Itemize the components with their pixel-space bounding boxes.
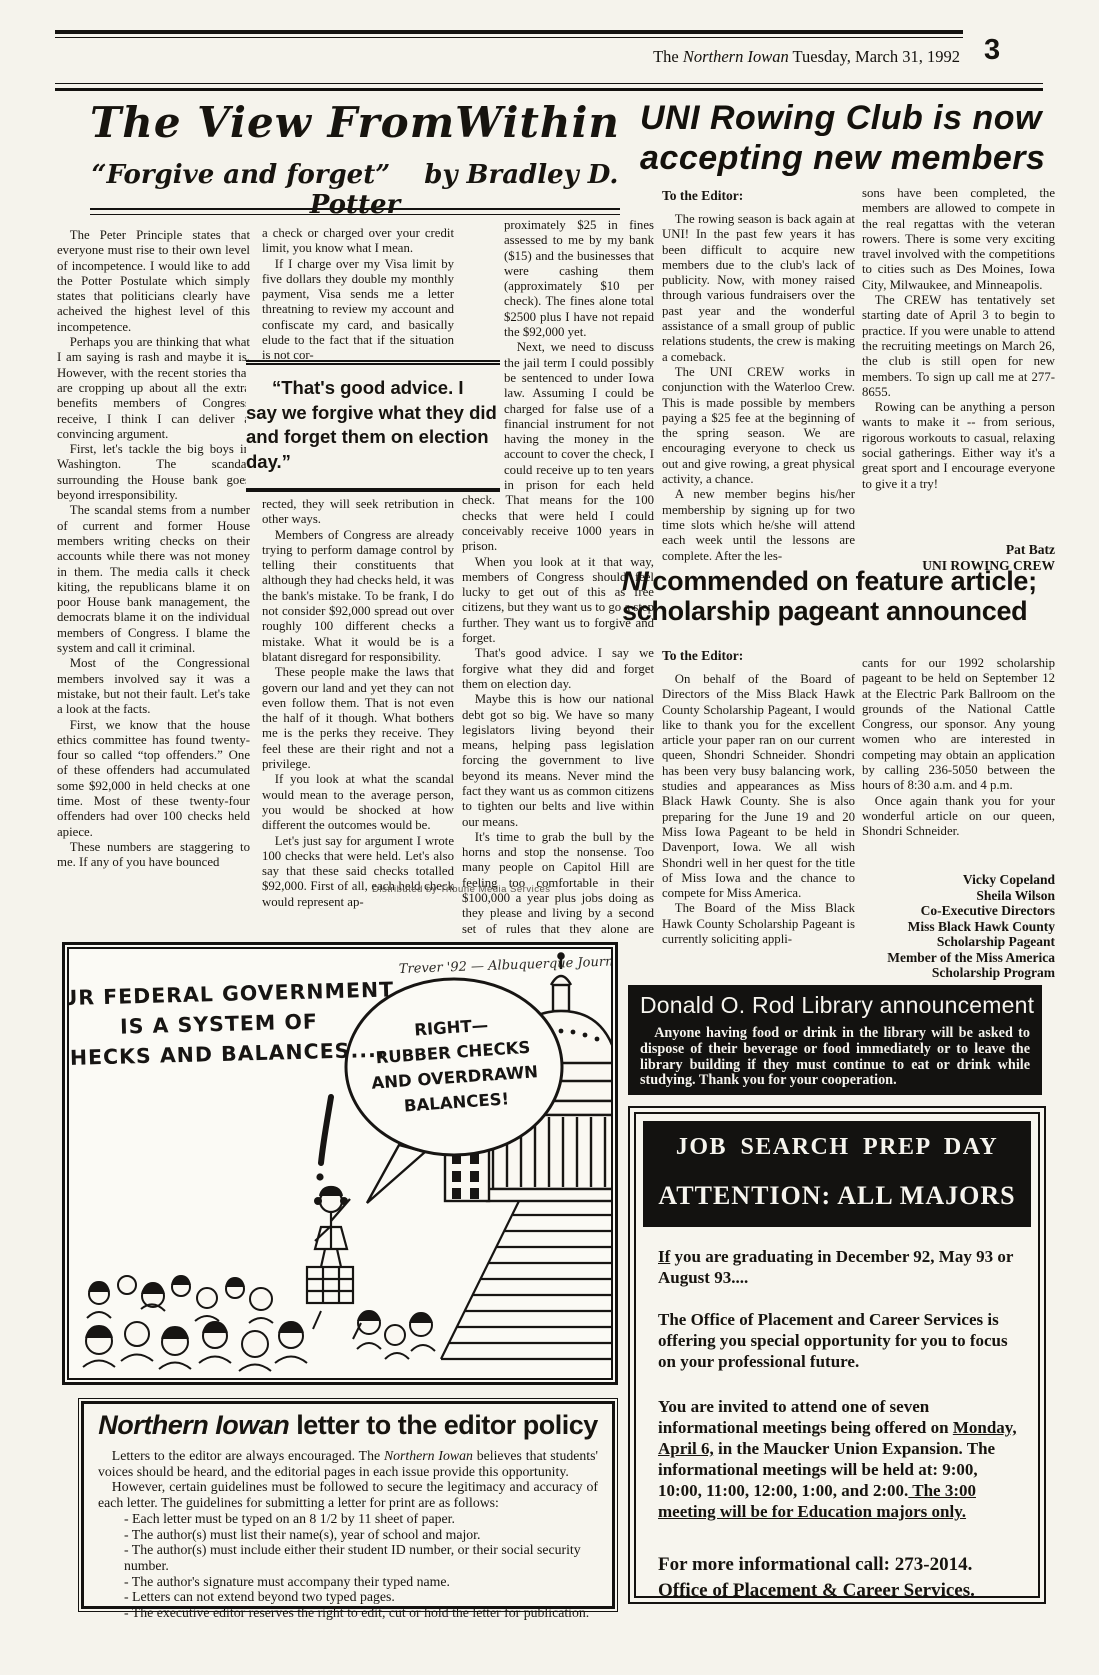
policy-guideline: - The author's signature must accompany … [98, 1574, 598, 1590]
letter-policy-box-inner: Northern Iowan letter to the editor poli… [81, 1401, 615, 1609]
top-rule-thick [55, 30, 963, 34]
caption-line-3: CHECKS AND BALANCES.... [69, 1038, 386, 1071]
policy-paragraph-1: Letters to the editor are always encoura… [98, 1448, 598, 1479]
pageant-headline-rest: commended on feature article; scholarshi… [622, 566, 1037, 626]
pageant-column-1: On behalf of the Board of Directors of t… [662, 672, 855, 978]
job-paragraph-2: The Office of Placement and Career Servi… [658, 1309, 1018, 1372]
letter-policy-title: Northern Iowan letter to the editor poli… [98, 1410, 598, 1441]
job-search-body: If you are graduating in December 92, Ma… [636, 1234, 1038, 1604]
policy-p1-a: Letters to the editor are always encoura… [98, 1448, 384, 1463]
caption-line-1: OUR FEDERAL GOVERNMENT [69, 977, 394, 1010]
job-search-title: JOB SEARCH PREP DAY [643, 1134, 1031, 1161]
page-number: 3 [984, 34, 1000, 67]
masthead-date: Tuesday, March 31, 1992 [789, 47, 960, 66]
cartoon-distribution-credit: Distributed by Tribune Media Services [372, 884, 551, 895]
rowing-column-2: sons have been completed, the members ar… [862, 186, 1055, 538]
letter-policy-body: Letters to the editor are always encoura… [98, 1448, 598, 1621]
policy-guideline: - The executive editor reserves the righ… [98, 1605, 598, 1621]
policy-title-rest: letter to the editor policy [289, 1410, 598, 1440]
masthead-title: Northern Iowan [683, 47, 789, 66]
vfw-subtitle-quote: “Forgive and forget” [92, 160, 391, 190]
header-rule-thin [55, 83, 1043, 84]
editorial-cartoon-frame: RIGHT— RUBBER CHECKS AND OVERDRAWN BALAN… [67, 947, 613, 1380]
job-phone-line: For more informational call: 273-2014. [658, 1552, 1018, 1578]
exclamation-dot [316, 1173, 323, 1180]
rowing-headline: UNI Rowing Club is now accepting new mem… [640, 98, 1052, 178]
caption-line-2: IS A SYSTEM OF [120, 1009, 318, 1038]
pageant-headline: NIcommended on feature article; scholars… [622, 566, 1048, 626]
job-office-line: Office of Placement & Career Services. [658, 1578, 1018, 1604]
rowing-signature-name: Pat Batz [862, 542, 1055, 558]
pageant-signature: Sheila Wilson [842, 888, 1055, 904]
pageant-signature: Member of the Miss America [842, 950, 1055, 966]
pageant-signature: Co-Executive Directors [842, 903, 1055, 919]
rowing-salutation: To the Editor: [662, 188, 743, 204]
letter-policy-box: Northern Iowan letter to the editor poli… [78, 1398, 618, 1612]
speaker-figure [307, 1187, 353, 1303]
vfw-column-1: The Peter Principle states that everyone… [57, 228, 250, 934]
pageant-signature: Scholarship Program [842, 965, 1055, 981]
job-search-box-inner: JOB SEARCH PREP DAY ATTENTION: ALL MAJOR… [634, 1112, 1040, 1598]
job-search-box: JOB SEARCH PREP DAY ATTENTION: ALL MAJOR… [628, 1106, 1046, 1604]
job-p3-a: You are invited to attend one of seven i… [658, 1397, 953, 1437]
exclamation-stroke [321, 1097, 331, 1163]
vfw-column-2-top: a check or charged over your credit limi… [262, 226, 454, 362]
vfw-title: The View FromWithin [90, 98, 620, 147]
editorial-cartoon: RIGHT— RUBBER CHECKS AND OVERDRAWN BALAN… [62, 942, 618, 1385]
pullquote-spacer [462, 360, 504, 490]
pageant-headline-ni: NI [622, 566, 648, 596]
job-call-info: For more informational call: 273-2014. O… [658, 1552, 1018, 1604]
vfw-title-rule [90, 208, 620, 215]
policy-p1-italic: Northern Iowan [384, 1448, 473, 1463]
header-rule-thick [55, 88, 1043, 91]
policy-guideline: - Letters can not extend beyond two type… [98, 1589, 598, 1605]
policy-guideline: - The author(s) must include either thei… [98, 1542, 598, 1573]
cartoonist-signature: Trever '92 — Albuquerque Journal [399, 954, 611, 977]
job-p1-rest: you are graduating in December 92, May 9… [658, 1247, 1013, 1287]
rowing-column-1: The rowing season is back again at UNI! … [662, 212, 855, 574]
job-search-header: JOB SEARCH PREP DAY ATTENTION: ALL MAJOR… [643, 1121, 1031, 1227]
job-p1-underline: If [658, 1247, 670, 1266]
policy-paragraph-2: However, certain guidelines must be foll… [98, 1479, 598, 1510]
cartoon-caption: OUR FEDERAL GOVERNMENT IS A SYSTEM OF CH… [69, 977, 396, 1070]
rod-library-body: Anyone having food or drink in the libra… [640, 1026, 1030, 1089]
policy-title-italic: Northern Iowan [98, 1410, 289, 1440]
cartoon-drawing: RIGHT— RUBBER CHECKS AND OVERDRAWN BALAN… [69, 949, 611, 1378]
pageant-signature: Miss Black Hawk County [842, 919, 1055, 935]
policy-guideline: - Each letter must be typed on an 8 1/2 … [98, 1511, 598, 1527]
crowd [83, 1276, 435, 1371]
capitol-steps [441, 1201, 611, 1359]
job-paragraph-1: If you are graduating in December 92, Ma… [658, 1246, 1018, 1288]
pageant-signature: Vicky Copeland [842, 872, 1055, 888]
masthead: The Northern Iowan Tuesday, March 31, 19… [590, 47, 960, 67]
pageant-signature-block: Vicky Copeland Sheila Wilson Co-Executiv… [842, 872, 1055, 981]
job-search-subtitle: ATTENTION: ALL MAJORS [643, 1181, 1031, 1211]
masthead-the: The [653, 47, 683, 66]
rod-library-title: Donald O. Rod Library announcement [640, 992, 1030, 1019]
top-rule-thin [55, 37, 963, 38]
rod-library-box: Donald O. Rod Library announcement Anyon… [628, 985, 1042, 1095]
pageant-column-2: cants for our 1992 scholarship pageant t… [862, 656, 1055, 866]
job-paragraph-3: You are invited to attend one of seven i… [658, 1396, 1018, 1522]
pageant-salutation: To the Editor: [662, 648, 743, 664]
pageant-signature: Scholarship Pageant [842, 934, 1055, 950]
vfw-column-2-bottom: rected, they will seek retribution in ot… [262, 497, 454, 927]
policy-guideline: - The author(s) must list their name(s),… [98, 1527, 598, 1543]
